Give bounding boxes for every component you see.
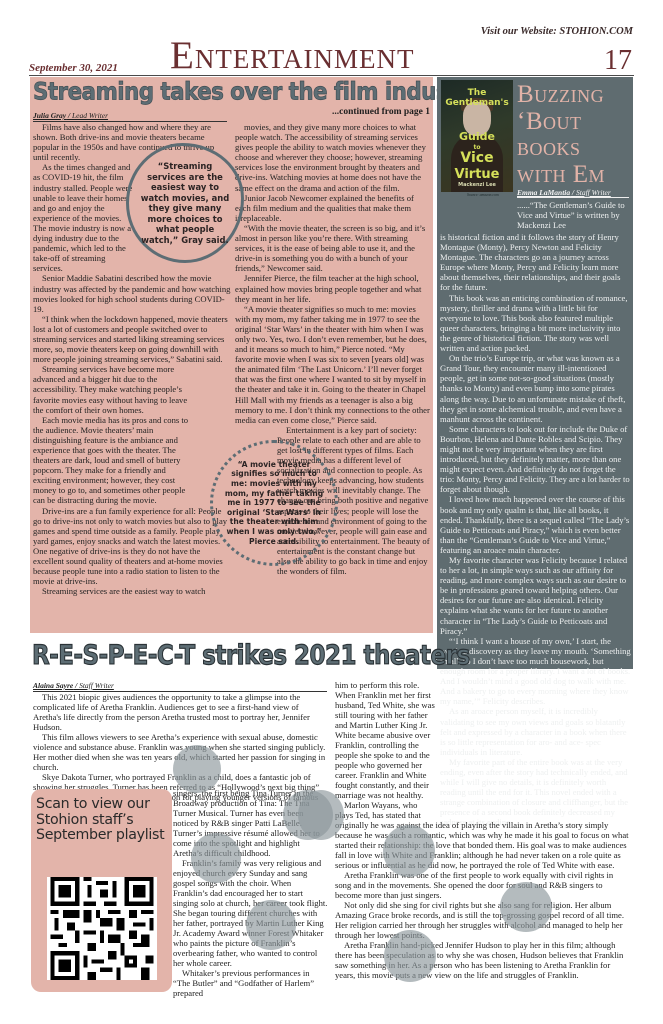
paragraph: “A movie theater signifies so much to me… [235, 304, 430, 425]
decorative-bubble [383, 825, 435, 877]
book-byline: Emma LaMantia / Staff Writer [517, 188, 629, 198]
issue-date: September 30, 2021 [29, 62, 118, 74]
paragraph: originally he was against the idea of pl… [335, 820, 630, 870]
author-role: Staff Writer [576, 188, 611, 197]
paragraph: Jennifer Pierce, the film teacher at the… [235, 273, 430, 303]
book-body: is historical fiction and it follows the… [440, 232, 631, 828]
book-column-headline: Buzzing ‘Bout books with Em [517, 82, 631, 188]
author-name: Emma LaMantia [517, 188, 570, 197]
streaming-byline: Julia Gray / Lead Writer [33, 111, 227, 122]
paragraph: Junior Jacob Newcomer explained the bene… [235, 193, 430, 223]
decorative-bubble [384, 930, 436, 982]
paragraph: Drive-ins are a fun family experience fo… [33, 506, 231, 587]
respect-byline: Alaina Sayre / Staff Writer [33, 681, 327, 692]
paragraph: Aretha Franklin hand-picked Jennifer Hud… [335, 940, 630, 980]
author-role: Lead Writer [72, 111, 108, 120]
paragraph: On the trio’s Europe trip, or what was k… [440, 353, 631, 424]
pull-quote-text: “A movie theater signifies so much to me… [223, 460, 325, 546]
paragraph: As an aroace person myself, it is incred… [440, 706, 631, 756]
respect-right-column: him to perform this role. When Franklin … [335, 680, 435, 820]
section-title: Entertainment [170, 36, 415, 76]
streaming-headline: Streaming takes over the film industry [33, 77, 481, 107]
decorative-bubble [173, 745, 221, 793]
paragraph: Aretha Franklin was one of the first peo… [335, 870, 630, 900]
playlist-caption: Scan to view our Stohion staff’s Septemb… [36, 797, 171, 844]
paragraph: “I think when the lockdown happened, mov… [33, 314, 231, 364]
author-role: Staff Writer [79, 681, 114, 690]
paragraph: is historical fiction and it follows the… [440, 232, 631, 293]
paragraph: Whitaker’s previous performances in “The… [173, 968, 328, 998]
paragraph: movies, and they give many more choices … [235, 122, 430, 193]
paragraph: My favorite character was Felicity becau… [440, 555, 631, 636]
page-number: 17 [604, 46, 632, 76]
paragraph: Not only did she sing for civil rights b… [335, 900, 630, 940]
decorative-bubble [283, 790, 333, 840]
paragraph: This 2021 biopic gives audiences the opp… [33, 692, 328, 732]
book-intro: ......“The Gentleman’s Guide to Vice and… [517, 200, 631, 230]
decorative-bubble [500, 882, 552, 932]
paragraph: him to perform this role. When Franklin … [335, 680, 435, 800]
pull-quote-text: “Streaming services are the easiest way … [139, 161, 231, 245]
paragraph: Streaming services have become more adva… [33, 364, 189, 414]
pull-quote-pierce: “A movie theater signifies so much to me… [210, 440, 338, 566]
continued-from-label: ...continued from page 1 [332, 107, 430, 117]
paragraph: Streaming services are the easiest way t… [33, 586, 231, 596]
header-rule [29, 75, 634, 76]
decorative-bubble [191, 833, 241, 883]
respect-bottom-text: originally he was against the idea of pl… [335, 820, 630, 980]
paragraph: Each movie media has its pros and cons t… [33, 415, 189, 506]
streaming-article: Streaming takes over the film industry J… [30, 77, 433, 633]
paragraph: My favorite part of the entire book was … [440, 757, 631, 828]
image-credit: Source: amazon.com [467, 193, 499, 197]
author-name: Julia Gray [33, 111, 66, 120]
book-cover-image: The Gentleman's Guide to Vice Virtue Mac… [441, 80, 513, 192]
paragraph: Marlon Wayans, who plays Ted, has stated… [335, 800, 435, 820]
qr-code-icon[interactable] [47, 877, 157, 980]
respect-headline: R-E-S-P-E-C-T strikes 2021 theaters [32, 641, 470, 671]
paragraph: Some characters to look out for include … [440, 424, 631, 495]
website-link[interactable]: Visit our Website: STOHION.COM [481, 26, 633, 37]
paragraph: As the times changed and as COVID-19 hit… [33, 162, 133, 273]
book-review-column: The Gentleman's Guide to Vice Virtue Mac… [437, 77, 633, 669]
decorative-bubble [246, 900, 296, 950]
author-name: Alaina Sayre [33, 681, 73, 690]
paragraph: “With the movie theater, the screen is s… [235, 223, 430, 273]
paragraph: Senior Maddie Sabatini described how the… [33, 273, 231, 313]
playlist-promo: Scan to view our Stohion staff’s Septemb… [31, 789, 172, 992]
paragraph: This book was an enticing combination of… [440, 293, 631, 354]
paragraph: I loved how much happened over the cours… [440, 494, 631, 555]
